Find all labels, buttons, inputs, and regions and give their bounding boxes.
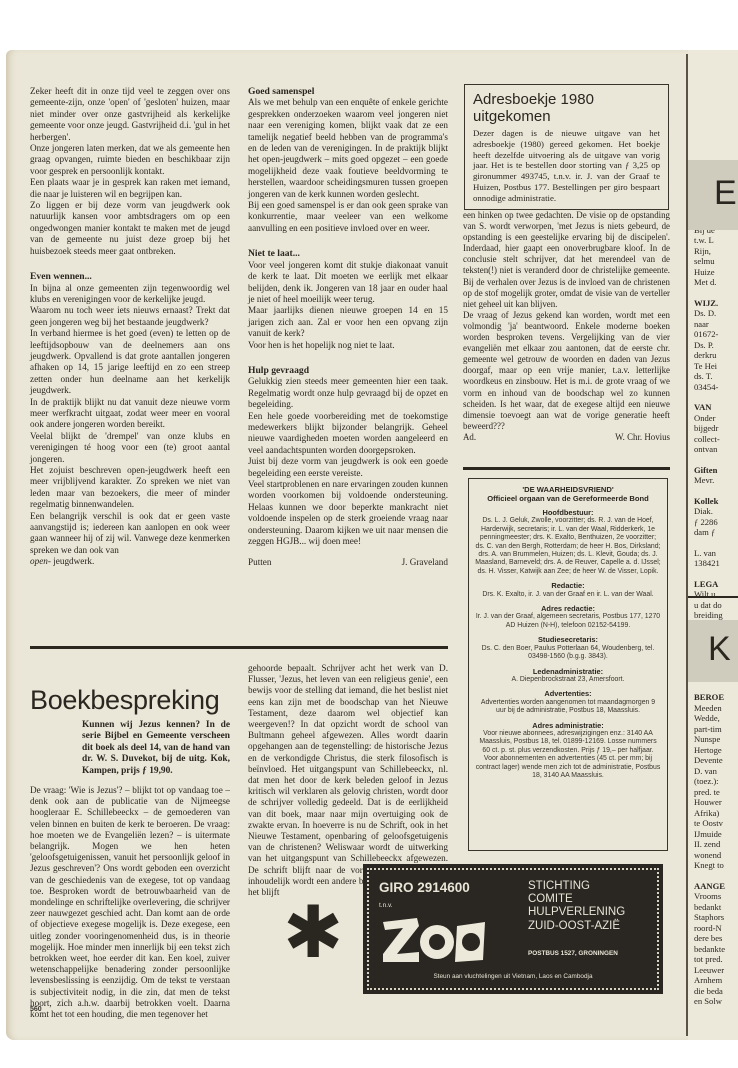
paragraph: Een plaats waar je in gesprek kan raken … — [30, 177, 230, 200]
fragment-line: Afrika) — [694, 808, 725, 819]
colophon-heading: Studiesecretaris: — [475, 636, 661, 644]
fragment-line — [694, 392, 723, 402]
text: - jeugdwerk. — [48, 556, 94, 566]
fragment-heading: BEROE — [694, 692, 725, 703]
paragraph: Als we met behulp van een enquête of enk… — [248, 97, 448, 200]
fragment-line: IJmuide — [694, 829, 725, 840]
paragraph: Maar jaarlijks dienen nieuwe groepen 14 … — [248, 305, 448, 339]
page-number: 560 — [30, 1006, 42, 1013]
article-column-2: Goed samenspel Als we met behulp van een… — [248, 86, 448, 569]
paragraph: Bij een goed samenspel is er dan ook gee… — [248, 200, 448, 234]
fragment-line: Rijn, — [694, 246, 723, 257]
fragment-line: ds. T. — [694, 371, 723, 382]
fragment-line: Mevr. — [694, 475, 723, 486]
fragment-line — [694, 288, 723, 298]
section-heading: Hulp gevraagd — [248, 365, 448, 376]
fragment-line: collect- — [694, 434, 723, 445]
paragraph: Gelukkig zien steeds meer gemeenten hier… — [248, 376, 448, 410]
fragment-heading: WIJZ. — [694, 298, 723, 309]
fragment-line: dere bes — [694, 933, 725, 944]
section-heading: Niet te laat... — [248, 248, 448, 259]
review-title: Boekbespreking — [30, 685, 219, 716]
paragraph: Zeker heeft dit in onze tijd veel te zeg… — [30, 86, 230, 143]
fragment-line: II. zend — [694, 839, 725, 850]
fragment-line: Met d. — [694, 277, 723, 288]
signature-name: J. Graveland — [402, 557, 448, 568]
fragment-line: derkru — [694, 350, 723, 361]
review-continuation: gehoorde bepaalt. Schrijver acht het wer… — [248, 663, 448, 898]
review-body: De vraag: 'Wie is Jezus'? – blijkt tot o… — [30, 785, 230, 1020]
fragment-line: Te Hei — [694, 361, 723, 372]
paragraph: Een belangrijk verschil is ook dat er ge… — [30, 511, 230, 557]
fragment-line — [694, 486, 723, 496]
colophon-text: Voor nieuwe abonnees, adreswijzigingen e… — [475, 730, 661, 780]
org-line: STICHTING — [528, 880, 625, 893]
heading-letter: K — [708, 630, 731, 669]
divider-rule — [688, 596, 738, 598]
fragment-line: t.w. L — [694, 235, 723, 246]
heading-letter: E — [714, 174, 737, 213]
colophon-text: A. Diepenbrockstraat 23, Amersfoort. — [475, 676, 661, 684]
italic-word: open — [30, 556, 48, 566]
divider-rule — [30, 646, 448, 649]
fragment-line: breiding — [694, 610, 723, 621]
fragment-line — [694, 455, 723, 465]
fragment-line — [694, 538, 723, 548]
fragment-line: en Solw — [694, 996, 725, 1007]
paragraph: In verband hiermee is het goed (even) te… — [30, 328, 230, 396]
fragment-line: part-tim — [694, 724, 725, 735]
colophon-text: Drs. K. Exalto, ir. J. van der Graaf en … — [475, 591, 661, 599]
fragment-heading: LEGA — [694, 579, 723, 590]
fragment-line: tot pred. — [694, 954, 725, 965]
paragraph: Voor veel jongeren komt dit stukje diako… — [248, 260, 448, 306]
colophon-heading: Adres administratie: — [475, 722, 661, 730]
signature-place: Putten — [248, 557, 271, 568]
fragment-line: Onder — [694, 413, 723, 424]
fragment-line: Wedde, — [694, 713, 725, 724]
fragment-line: Meeden — [694, 703, 725, 714]
fragment-line: naar — [694, 319, 723, 330]
asterisk-icon: ✱ — [283, 902, 343, 962]
fragment-line: Devente — [694, 755, 725, 766]
adresboekje-box: Adresboekje 1980 uitgekomen Dezer dagen … — [464, 84, 669, 210]
paragraph: In bijna al onze gemeenten zijn tegenwoo… — [30, 283, 230, 306]
fragment-line: Staphors — [694, 912, 725, 923]
paragraph: een hinken op twee gedachten. De visie o… — [463, 210, 670, 310]
next-page-text-top: NIEUBij det.w. LRijn,selmuHuizeMet d.WIJ… — [694, 214, 723, 631]
fragment-line: bedankt — [694, 902, 725, 913]
fragment-line: die beda — [694, 986, 725, 997]
fragment-heading: Kollek — [694, 496, 723, 507]
fragment-line: Hertoge — [694, 745, 725, 756]
paragraph: Veelal blijkt de 'drempel' van onze klub… — [30, 431, 230, 465]
fragment-line: dam ƒ — [694, 527, 723, 538]
fragment-line: Ds. D. — [694, 308, 723, 319]
signature-left: Ad. — [463, 432, 476, 443]
fragment-line: L. van — [694, 548, 723, 559]
box-body: Dezer dagen is de nieuwe uitgave van het… — [473, 128, 660, 204]
giro-number: GIRO 2914600 — [379, 880, 470, 895]
colophon-heading: Adres redactie: — [475, 605, 661, 613]
fragment-line: 138421 — [694, 558, 723, 569]
postbus-address: POSTBUS 1527, GRONINGEN — [528, 950, 618, 957]
colophon-title: 'DE WAARHEIDSVRIEND' — [475, 485, 661, 494]
paragraph: Een hele goede voorbereiding met de toek… — [248, 411, 448, 457]
fragment-heading: Giften — [694, 465, 723, 476]
paragraph: Veel startproblenen en nare ervaringen z… — [248, 479, 448, 547]
box-title: Adresboekje 1980 uitgekomen — [473, 91, 660, 125]
fragment-line: te Oostv — [694, 818, 725, 829]
article-column-3: een hinken op twee gedachten. De visie o… — [463, 210, 670, 443]
fragment-line: Arnhem — [694, 975, 725, 986]
colophon-heading: Redactie: — [475, 582, 661, 590]
paragraph: De vraag of Jezus gekend kan worden, wor… — [463, 310, 670, 432]
colophon-text: Ir. J. van der Graaf, algemeen secretari… — [475, 613, 661, 630]
fragment-line: wonend — [694, 850, 725, 861]
fragment-line: ontvan — [694, 444, 723, 455]
colophon-heading: Ledenadministratie: — [475, 668, 661, 676]
fragment-line: pred. te — [694, 787, 725, 798]
fragment-line: ƒ 2286 — [694, 517, 723, 528]
fragment-line: D. van — [694, 766, 725, 777]
fragment-heading: VAN — [694, 402, 723, 413]
zoa-advertisement: GIRO 2914600 t.n.v. STICHTING COMITE HUL… — [363, 864, 663, 994]
fragment-line — [694, 871, 725, 881]
fragment-line: Knegt to — [694, 860, 725, 871]
org-line: COMITE — [528, 893, 625, 906]
fragment-line: 03454- — [694, 382, 723, 393]
ad-tagline: Steun aan vluchtelingen uit Vietnam, Lao… — [363, 973, 663, 980]
paragraph-end: open- jeugdwerk. — [30, 556, 230, 567]
tnv-label: t.n.v. — [379, 902, 393, 909]
fragment-line: 01672- — [694, 329, 723, 340]
section-heading: Even wennen... — [30, 271, 230, 282]
signature: Ad. W. Chr. Hovius — [463, 432, 670, 443]
paragraph: In de praktijk blijkt nu dat vanuit deze… — [30, 397, 230, 431]
fragment-line: Huize — [694, 267, 723, 278]
paragraph: Voor hen is het hopelijk nog niet te laa… — [248, 340, 448, 351]
paragraph: Zo liggen er bij deze vorm van jeugdwerk… — [30, 200, 230, 257]
fragment-line: Diak. — [694, 506, 723, 517]
organization-name: STICHTING COMITE HULPVERLENING ZUID-OOST… — [528, 880, 625, 933]
fragment-line: (toez.): — [694, 776, 725, 787]
fragment-line: bijgedr — [694, 423, 723, 434]
fragment-line: selmu — [694, 256, 723, 267]
paragraph: Juist bij deze vorm van jeugdwerk is ook… — [248, 456, 448, 479]
colophon-subtitle: Officieel orgaan van de Gereformeerde Bo… — [475, 494, 661, 503]
fragment-line: Ds. P. — [694, 340, 723, 351]
fragment-line: u dat do — [694, 600, 723, 611]
colophon-heading: Hoofdbestuur: — [475, 509, 661, 517]
fragment-line — [694, 569, 723, 579]
paragraph: Het zojuist beschreven open-jeugdwerk he… — [30, 465, 230, 511]
colophon-text: Advertenties worden aangenomen tot maand… — [475, 699, 661, 716]
fragment-line: bedankte — [694, 944, 725, 955]
colophon-text: Ds. L. J. Geluk, Zwolle, voorzitter; ds.… — [475, 517, 661, 576]
paragraph: Onze jongeren laten merken, dat we als g… — [30, 143, 230, 177]
fragment-line: Nunspe — [694, 734, 725, 745]
colophon-text: Ds. C. den Boer, Paulus Potterlaan 64, W… — [475, 645, 661, 662]
next-page-heading-box: K — [688, 620, 738, 682]
fragment-line: roord-N — [694, 923, 725, 934]
fragment-line: Leeuwer — [694, 965, 725, 976]
signature: Putten J. Graveland — [248, 557, 448, 568]
org-line: ZUID-OOST-AZIË — [528, 920, 625, 933]
article-column-1: Zeker heeft dit in onze tijd veel te zeg… — [30, 86, 230, 568]
colophon-box: 'DE WAARHEIDSVRIEND' Officieel orgaan va… — [468, 478, 668, 851]
review-lead: Kunnen wij Jezus kennen? In de serie Bij… — [82, 720, 230, 777]
colophon-heading: Advertenties: — [475, 690, 661, 698]
next-page-text-bottom: BEROEMeedenWedde,part-timNunspeHertogeDe… — [694, 692, 725, 1007]
fragment-line: Houwer — [694, 797, 725, 808]
fragment-heading: AANGE — [694, 881, 725, 892]
fragment-line: Vrooms — [694, 891, 725, 902]
section-heading: Goed samenspel — [248, 86, 448, 97]
next-page-heading-box: E — [688, 160, 738, 230]
paragraph: Waarom nu toch weer iets nieuws ernaast?… — [30, 305, 230, 328]
divider-rule — [463, 467, 670, 470]
signature-name: W. Chr. Hovius — [615, 432, 670, 443]
zoa-logo-icon — [379, 916, 489, 964]
org-line: HULPVERLENING — [528, 906, 625, 919]
